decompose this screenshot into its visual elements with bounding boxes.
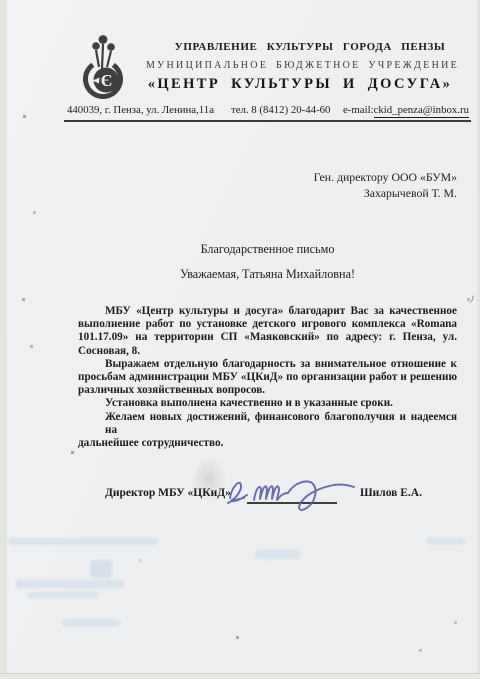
salutation: Уважаемая, Татьяна Михайловна! [78,267,457,282]
recipient-block: Ген. директору ООО «БУМ» Захарычевой Т. … [250,170,457,201]
handwritten-signature-icon [220,474,360,520]
org-type: МУНИЦИПАЛЬНОЕ БЮДЖЕТНОЕ УЧРЕЖДЕНИЕ [125,60,480,71]
scanned-letter: { "colors": { "paper": "#edeff1", "ink":… [0,0,480,679]
body-line: 101.17.09» на территории СП «Маяковский»… [78,331,457,344]
org-name: «ЦЕНТР КУЛЬТУРЫ И ДОСУГА» [120,76,480,93]
signatory-position: Директор МБУ «ЦКиД» [105,487,231,499]
body-line: различных хозяйственных вопросов. [78,384,457,397]
org-phone: тел. 8 (8412) 20-44-60 [231,104,330,116]
body-line: Установка выполнена качественно и в указ… [78,397,457,410]
recipient-name: Захарычевой Т. М. [250,186,457,202]
ink-bleed-through [62,619,120,626]
body-line: дальнейшее сотрудничество. [78,437,457,450]
ink-bleed-through [8,538,158,545]
body-line: выполнение работ по установке детского и… [78,318,457,331]
org-email: e-mail:ckid_penza@inbox.ru [343,104,469,116]
ink-bleed-through [255,550,300,559]
org-address: 440039, г. Пенза, ул. Ленина,11а [67,104,214,116]
org-email-label: e-mail: [343,104,374,116]
ink-bleed-through [90,560,112,578]
scan-edge-left [0,0,7,679]
body-line: Выражаем отдельную благодарность за вним… [78,358,457,371]
recipient-position: Ген. директору ООО «БУМ» [250,170,457,186]
paper-speckles [0,0,1,1]
culture-center-logo-icon: Є [79,35,126,100]
ink-bleed-through [16,580,124,588]
letter-body: МБУ «Центр культуры и досуга» благодарит… [78,305,457,450]
ink-bleed-through [28,592,98,598]
header-divider [64,120,471,122]
body-line: Сосновая, 8. [78,345,457,358]
body-line: МБУ «Центр культуры и досуга» благодарит… [78,305,457,318]
scan-edge-bottom [0,673,480,679]
pen-mark [466,294,474,303]
body-line: Желаем новых достижений, финансового бла… [78,411,457,437]
svg-text:Є: Є [101,71,113,90]
body-line: просьбам администрации МБУ «ЦКиД» по орг… [78,371,457,384]
letter-title: Благодарственное письмо [78,242,457,257]
authority-name: УПРАВЛЕНИЕ КУЛЬТУРЫ ГОРОДА ПЕНЗЫ [140,41,480,53]
signatory-name: Шилов Е.А. [360,487,422,499]
org-email-address: ckid_penza@inbox.ru [374,104,469,118]
ink-bleed-through [427,538,465,544]
